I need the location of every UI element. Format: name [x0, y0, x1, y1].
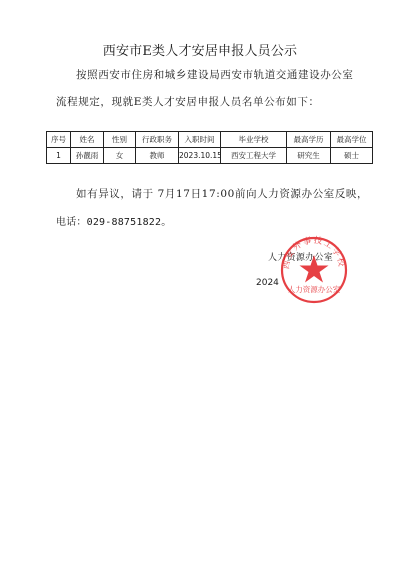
cell-name: 孙靓雨 [71, 148, 104, 164]
cell-position: 教师 [136, 148, 179, 164]
cell-index: 1 [47, 148, 71, 164]
cell-gender: 女 [104, 148, 136, 164]
intro-paragraph-line-1: 按照西安市住房和城乡建设局西安市轨道交通建设办公室 [76, 67, 354, 82]
objection-notice: 如有异议，请于 7月17日17:00前向人力资源办公室反映， [76, 186, 368, 201]
header-hire-date: 入职时间 [179, 132, 221, 148]
cell-hire-date: 2023.10.15 [179, 148, 221, 164]
contact-phone: 电话：029-88751822。 [56, 213, 171, 228]
seal-band-text: 人力资源办公室 [288, 284, 341, 294]
document-title: 西安市E类人才安居申报人员公示 [0, 40, 400, 59]
header-index: 序号 [47, 132, 71, 148]
cell-school: 西安工程大学 [221, 148, 287, 164]
header-school: 毕业学校 [221, 132, 287, 148]
applicant-table: 序号 姓名 性别 行政职务 入职时间 毕业学校 最高学历 最高学位 1 孙靓雨 … [46, 131, 373, 164]
official-seal-icon: 西安外事技工学校 人力资源办公室 [279, 235, 349, 305]
header-gender: 性别 [104, 132, 136, 148]
table-header-row: 序号 姓名 性别 行政职务 入职时间 毕业学校 最高学历 最高学位 [47, 132, 373, 148]
star-icon [300, 255, 329, 283]
intro-paragraph-line-2: 流程规定，现就E类人才安居申报人员名单公布如下： [56, 94, 320, 109]
header-education: 最高学历 [287, 132, 331, 148]
header-name: 姓名 [71, 132, 104, 148]
header-position: 行政职务 [136, 132, 179, 148]
table-row: 1 孙靓雨 女 教师 2023.10.15 西安工程大学 研究生 硕士 [47, 148, 373, 164]
cell-education: 研究生 [287, 148, 331, 164]
signature-date: 2024 [256, 278, 279, 288]
header-degree: 最高学位 [331, 132, 373, 148]
cell-degree: 硕士 [331, 148, 373, 164]
